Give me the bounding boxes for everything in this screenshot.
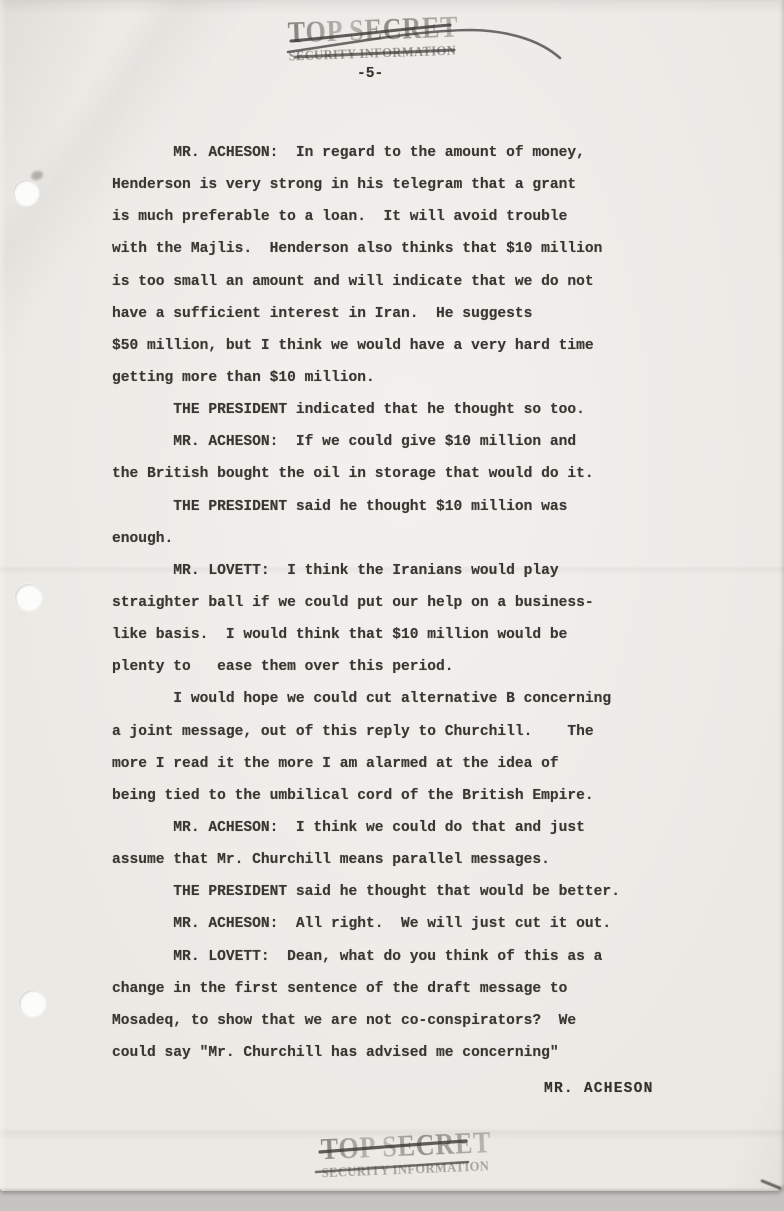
text-line: with the Majlis. Henderson also thinks t…	[112, 233, 620, 265]
text-line: MR. LOVETT: Dean, what do you think of t…	[112, 941, 620, 973]
document-scan: TOP SECRET SECURITY INFORMATION -5- MR. …	[0, 0, 784, 1211]
text-line: a joint message, out of this reply to Ch…	[112, 716, 620, 748]
punch-hole-middle	[15, 584, 42, 611]
classification-stamp-bottom: TOP SECRET SECURITY INFORMATION	[320, 1125, 525, 1180]
text-line: like basis. I would think that $10 milli…	[112, 619, 620, 651]
text-line: MR. ACHESON: In regard to the amount of …	[112, 137, 620, 169]
text-line: is too small an amount and will indicate…	[112, 266, 620, 298]
text-line: MR. LOVETT: I think the Iranians would p…	[112, 555, 620, 587]
text-line: THE PRESIDENT said he thought that would…	[112, 876, 620, 908]
text-line: being tied to the umbilical cord of the …	[112, 780, 620, 812]
punch-hole-smudge	[30, 169, 44, 182]
text-line: MR. ACHESON: I think we could do that an…	[112, 812, 620, 844]
text-line: MR. ACHESON: If we could give $10 millio…	[112, 426, 620, 458]
punch-hole-bottom	[19, 990, 46, 1017]
text-line: change in the first sentence of the draf…	[112, 973, 620, 1005]
page-corner-curl	[760, 1179, 782, 1190]
page-number: -5-	[357, 66, 383, 82]
text-line: Henderson is very strong in his telegram…	[112, 169, 620, 201]
text-line: $50 million, but I think we would have a…	[112, 330, 620, 362]
text-line: THE PRESIDENT said he thought $10 millio…	[112, 491, 620, 523]
text-line: more I read it the more I am alarmed at …	[112, 748, 620, 780]
text-line: Mosadeq, to show that we are not co-cons…	[112, 1005, 620, 1037]
typed-text-body: MR. ACHESON: In regard to the amount of …	[112, 137, 620, 1069]
text-line: MR. ACHESON: All right. We will just cut…	[112, 908, 620, 940]
signature-line: MR. ACHESON	[544, 1081, 654, 1097]
text-line: is much preferable to a loan. It will av…	[112, 201, 620, 233]
text-line: THE PRESIDENT indicated that he thought …	[112, 394, 620, 426]
text-line: plenty to ease them over this period.	[112, 651, 620, 683]
text-line: have a sufficient interest in Iran. He s…	[112, 298, 620, 330]
top-secret-stamp-text: TOP SECRET	[287, 11, 459, 48]
text-line: getting more than $10 million.	[112, 362, 620, 394]
text-line: could say "Mr. Churchill has advised me …	[112, 1037, 620, 1069]
text-line: enough.	[112, 523, 620, 555]
text-line: the British bought the oil in storage th…	[112, 458, 620, 490]
text-line: straighter ball if we could put our help…	[112, 587, 620, 619]
punch-hole-top	[13, 180, 39, 206]
text-line: assume that Mr. Churchill means parallel…	[112, 844, 620, 876]
document-page: TOP SECRET SECURITY INFORMATION -5- MR. …	[0, 0, 784, 1191]
text-line: I would hope we could cut alternative B …	[112, 683, 620, 715]
classification-stamp-top: TOP SECRET SECURITY INFORMATION	[287, 9, 492, 63]
